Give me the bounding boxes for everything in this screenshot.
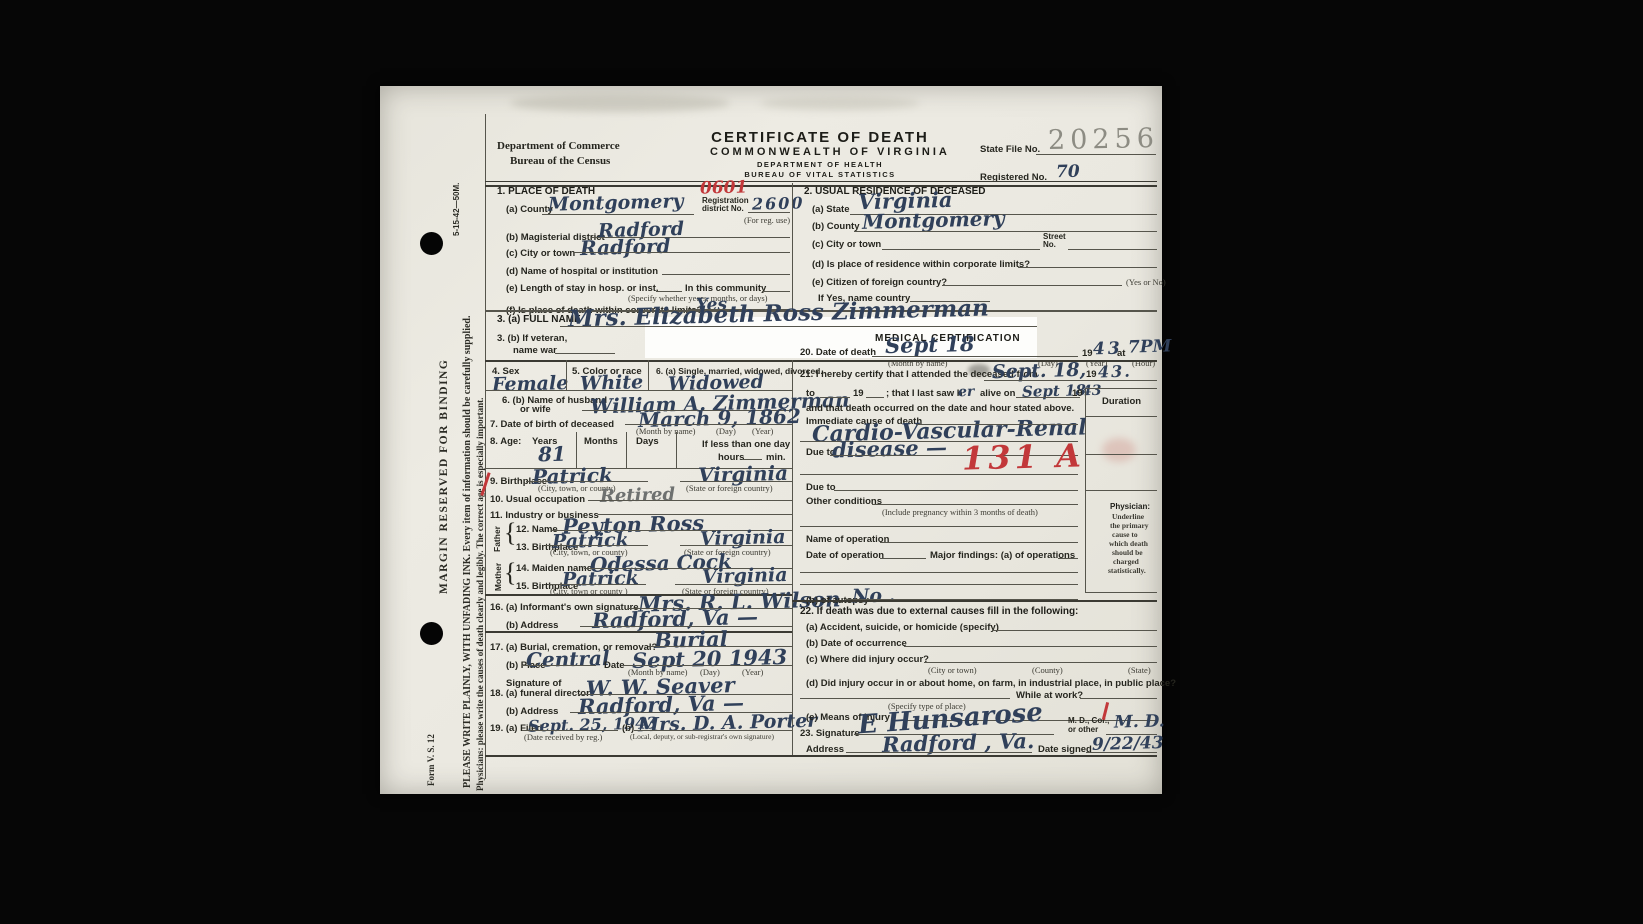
usual-occupation-label: 10. Usual occupation: [490, 494, 585, 505]
rule: [800, 474, 1078, 475]
rule: [526, 481, 648, 482]
rule: [800, 572, 1078, 573]
age-months-label: Months: [584, 436, 618, 447]
margin-print-code: 5-15-42—50M.: [452, 126, 461, 236]
residence-city-label: (c) City or town: [812, 239, 881, 250]
funeral-director-label: 18. (a) funeral director: [490, 688, 590, 699]
rule: [800, 698, 1010, 699]
rule: [834, 490, 1078, 491]
rule: [675, 584, 792, 585]
to-label: to: [806, 388, 815, 399]
rule: [656, 291, 682, 292]
death-hour-value: 7PM: [1128, 336, 1172, 357]
rule: [820, 397, 850, 398]
bleedthrough-smudge: [760, 96, 920, 110]
rule: [872, 504, 1078, 505]
name-war-label: name war: [513, 345, 557, 356]
bottom-rule: [485, 755, 1157, 757]
note-month-by-name: (Month by name): [888, 358, 948, 368]
rule: [992, 630, 1157, 631]
rule: [680, 481, 792, 482]
margin-rule: [485, 114, 486, 779]
usual-occupation-value: Retired: [600, 484, 676, 507]
rule: [625, 424, 792, 425]
cell-divider: [676, 432, 677, 468]
residence-county-label: (b) County: [812, 221, 860, 232]
physician-note-title: Physician:: [1110, 502, 1150, 511]
note-year: (Year): [1086, 358, 1107, 368]
injury-location-label: (d) Did injury occur in or about home, o…: [806, 678, 1176, 689]
cell-divider: [648, 360, 649, 390]
printed-19: 19: [1086, 369, 1097, 380]
operation-date-label: Date of operation: [806, 550, 884, 561]
rule: [916, 424, 1078, 425]
note-state-foreign: (State or foreign country): [686, 483, 773, 493]
or-other-label: or other: [1068, 725, 1098, 734]
due-to-value: disease —: [832, 434, 948, 462]
rule: [573, 252, 790, 253]
for-reg-use-note: (For reg. use): [744, 215, 790, 225]
hospital-label: (d) Name of hospital or institution: [506, 266, 658, 277]
age-years-value: 81: [538, 442, 566, 467]
rule: [522, 730, 618, 731]
rule: [555, 353, 615, 354]
note-state: (State): [1128, 665, 1151, 675]
rule: [1018, 267, 1157, 268]
note-day: (Day): [716, 426, 736, 436]
informant-address-label: (b) Address: [506, 620, 558, 631]
rule: [924, 662, 1157, 663]
city-or-town-label: (c) City or town: [506, 248, 575, 259]
margin-physicians-note: Physicians: please write the causes of d…: [475, 266, 485, 791]
husband-label2: or wife: [520, 404, 551, 415]
rule: [866, 397, 884, 398]
registered-no-value: 70: [1056, 162, 1080, 183]
duration-box-top: [1085, 388, 1157, 389]
pregnancy-note: (Include pregnancy within 3 months of de…: [882, 507, 1038, 517]
external-causes-title: 22. If death was due to external causes …: [800, 606, 1078, 617]
operation-name-label: Name of operation: [806, 534, 889, 545]
date-of-occurrence-label: (b) Date of occurrence: [806, 638, 907, 649]
cell-divider: [576, 432, 577, 468]
mother-group-label: Mother: [493, 563, 503, 591]
citizen-foreign-label: (e) Citizen of foreign country?: [812, 277, 947, 288]
cause-code-red: 131 A: [962, 436, 1086, 477]
margin-binding-note: MARGIN RESERVED FOR BINDING: [438, 294, 450, 594]
accident-suicide-label: (a) Accident, suicide, or homicide (spec…: [806, 622, 999, 633]
burial-date-label: Date: [604, 660, 625, 671]
father-brace: {: [504, 518, 516, 548]
rule: [880, 542, 1078, 543]
city-or-town-value: Radford: [580, 234, 671, 260]
rule: [882, 249, 1040, 250]
father-group-label: Father: [492, 526, 502, 552]
physician-note-line: should be: [1112, 548, 1143, 557]
hole-punch: [420, 622, 443, 645]
rule: [560, 326, 1037, 327]
rule: [904, 646, 1157, 647]
header-dept-line1: Department of Commerce: [497, 140, 620, 152]
color-race-value: White: [580, 371, 644, 395]
rule: [546, 545, 648, 546]
registration-district-label2: district No.: [702, 204, 744, 213]
section-divider: [792, 600, 1157, 602]
date-of-death-label: 20. Date of death: [800, 347, 876, 358]
date-signed-label: Date signed: [1038, 744, 1092, 755]
rule: [662, 274, 790, 275]
rule: [1085, 454, 1157, 455]
commonwealth-subtitle: COMMONWEALTH OF VIRGINIA: [710, 146, 930, 158]
death-certificate-document: Form V. S. 12 MARGIN RESERVED FOR BINDIN…: [380, 86, 1162, 794]
less-than-one-day-label: If less than one day: [702, 439, 790, 450]
age-label: 8. Age:: [490, 436, 521, 447]
rule: [588, 500, 792, 501]
physician-note-line: which death: [1109, 539, 1148, 548]
note-city-or-town: (City or town): [928, 665, 977, 675]
printed-19: 19: [853, 388, 864, 399]
rule: [1016, 397, 1080, 398]
rule: [742, 459, 762, 460]
hole-punch: [420, 232, 443, 255]
note-year: (Year): [752, 426, 773, 436]
rule: [1085, 416, 1157, 417]
dept-of-health-line: DEPARTMENT OF HEALTH: [710, 160, 930, 169]
stamp-smudge: [1102, 438, 1136, 462]
veteran-label: 3. (b) If veteran,: [497, 333, 567, 344]
rule: [762, 291, 790, 292]
last-saw-label: ; that I last saw h: [886, 388, 963, 399]
street-no-label: No.: [1043, 240, 1056, 249]
scanned-photo-background: Form V. S. 12 MARGIN RESERVED FOR BINDIN…: [0, 0, 1643, 924]
where-injury-label: (c) Where did injury occur?: [806, 654, 929, 665]
margin-form-number: Form V. S. 12: [426, 676, 436, 786]
certificate-title: CERTIFICATE OF DEATH: [710, 129, 930, 146]
margin-write-plainly-note: PLEASE WRITE PLAINLY, WITH UNFADING INK.…: [462, 138, 473, 788]
rule: [942, 285, 1122, 286]
rule: [1068, 249, 1157, 250]
age-days-label: Days: [636, 436, 659, 447]
residence-county-value: Montgomery: [862, 206, 1005, 234]
registration-district-value: 2600: [752, 193, 805, 213]
note-registrar-signature: (Local, deputy, or sub-registrar's own s…: [630, 732, 774, 741]
rule: [1086, 752, 1157, 753]
cell-divider: [566, 360, 567, 390]
rule: [854, 231, 1157, 232]
rule: [542, 214, 694, 215]
alive-on-label: alive on: [980, 388, 1015, 399]
rule: [800, 584, 1078, 585]
residence-corporate-limits-label: (d) Is place of residence within corpora…: [812, 259, 1030, 270]
rule: [1085, 592, 1157, 593]
rule: [1036, 154, 1156, 155]
note-hour: (Hour): [1132, 358, 1155, 368]
major-findings-label: Major findings: (a) of operations: [930, 550, 1075, 561]
state-file-no-stamp: 20256: [1048, 123, 1159, 156]
date-of-death-value: Sept 18: [885, 331, 975, 358]
rule: [522, 665, 596, 666]
rule: [634, 730, 792, 731]
physician-signature-label: 23. Signature: [800, 728, 860, 739]
rule: [880, 558, 926, 559]
note-day: (Day): [1038, 358, 1058, 368]
residence-state-label: (a) State: [812, 204, 849, 215]
note-month-by-name: (Month by name): [636, 426, 696, 436]
sex-value: Female: [492, 372, 569, 396]
rule: [624, 665, 792, 666]
physician-address-label: Address: [806, 744, 844, 755]
header-dept-line2: Bureau of the Census: [510, 155, 610, 167]
bleedthrough-smudge: [510, 94, 730, 112]
md-value: M. D.: [1114, 711, 1165, 732]
note-county: (County): [1032, 665, 1063, 675]
rule: [748, 212, 790, 213]
her-value: er: [958, 384, 975, 400]
rule: [1058, 558, 1078, 559]
other-conditions-label: Other conditions: [806, 496, 882, 507]
duration-label: Duration: [1102, 396, 1141, 407]
physician-note-line: charged: [1113, 557, 1139, 566]
rule: [548, 584, 646, 585]
physician-note-line: the primary: [1110, 521, 1149, 530]
state-file-no-label: State File No.: [980, 144, 1040, 155]
certify-line3: and that death occurred on the date and …: [806, 403, 1074, 414]
rule: [1080, 698, 1157, 699]
rule: [872, 356, 1078, 357]
due-to-label2: Due to: [806, 482, 836, 493]
rule: [846, 752, 1032, 753]
yes-or-no-note: (Yes or No): [1126, 277, 1166, 287]
cell-divider: [626, 432, 627, 468]
physician-note-line: cause to: [1112, 530, 1138, 539]
note-year: (Year): [742, 667, 763, 677]
rule: [680, 545, 792, 546]
rule: [1085, 490, 1157, 491]
column-divider: [792, 183, 793, 310]
autopsy-value: No .: [852, 584, 896, 607]
mother-brace: {: [504, 558, 516, 588]
date-of-birth-label: 7. Date of birth of deceased: [490, 419, 614, 430]
burial-place-value: Central: [526, 646, 610, 672]
rule: [800, 526, 1078, 527]
note-date-received: (Date received by reg.): [524, 732, 602, 742]
county-value: Montgomery: [548, 190, 684, 216]
physician-note-line: statistically.: [1108, 566, 1146, 575]
section-divider: [485, 631, 792, 633]
physician-note-line: Underline: [1112, 512, 1144, 521]
at-label: at: [1117, 348, 1125, 359]
